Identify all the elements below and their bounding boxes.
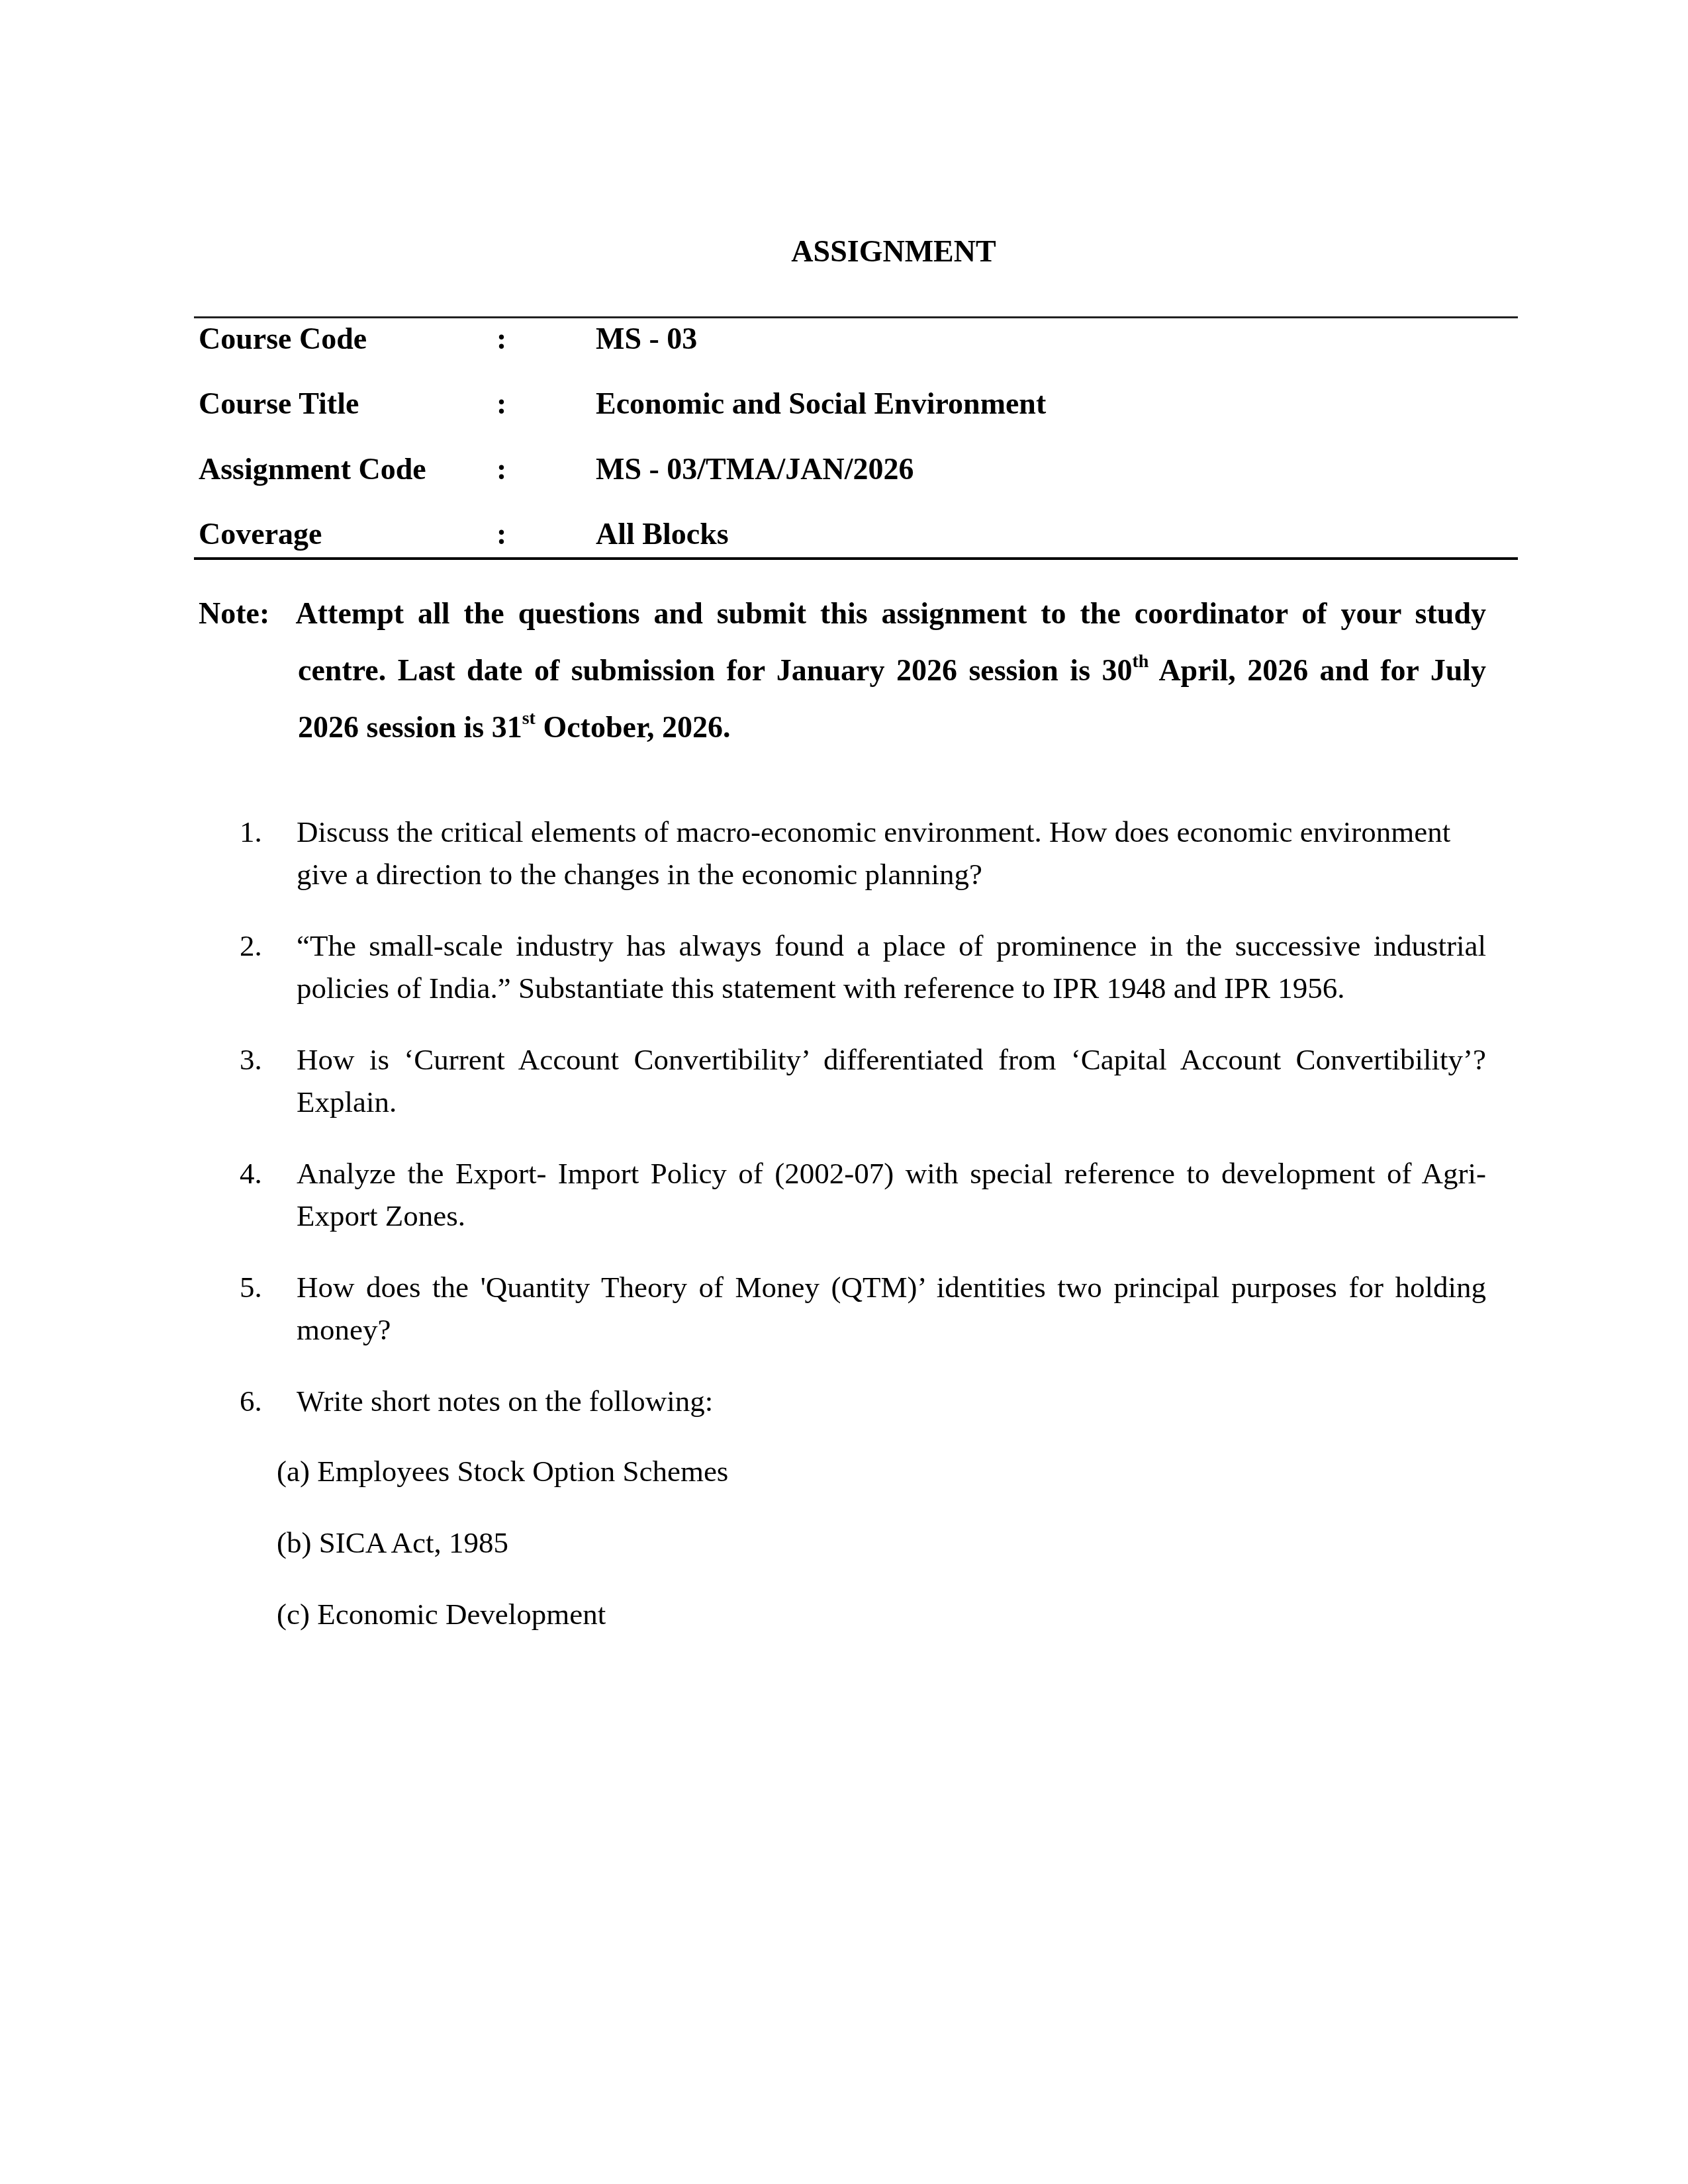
meta-separator: : — [496, 319, 506, 359]
note-prefix: Note: — [199, 596, 269, 630]
question-number: 1. — [240, 811, 262, 853]
question-number: 5. — [240, 1266, 262, 1308]
meta-separator: : — [496, 514, 506, 554]
question-text: Analyze the Export- Import Policy of (20… — [297, 1152, 1486, 1237]
question-text: Write short notes on the following: — [297, 1380, 1486, 1422]
question-text: “The small-scale industry has always fou… — [297, 925, 1486, 1009]
submission-note: Note: Attempt all the questions and subm… — [199, 585, 1486, 756]
meta-value: MS - 03 — [596, 319, 697, 359]
question-number: 3. — [240, 1038, 262, 1081]
note-text: October, 2026. — [536, 710, 731, 744]
meta-label: Course Code — [199, 319, 367, 359]
meta-value: All Blocks — [596, 514, 729, 554]
question-item: 3. How is ‘Current Account Convertibilit… — [238, 1038, 1486, 1123]
note-superscript: th — [1133, 651, 1149, 672]
short-note-item: (a) Employees Stock Option Schemes — [238, 1450, 1486, 1492]
meta-value: Economic and Social Environment — [596, 384, 1046, 424]
page-title: ASSIGNMENT — [0, 232, 1688, 271]
meta-label: Course Title — [199, 384, 359, 424]
meta-separator: : — [496, 384, 506, 424]
short-note-item: (c) Economic Development — [238, 1593, 1486, 1635]
short-note-item: (b) SICA Act, 1985 — [238, 1522, 1486, 1564]
short-notes-list: (a) Employees Stock Option Schemes (b) S… — [238, 1450, 1486, 1635]
question-item: 1. Discuss the critical elements of macr… — [238, 811, 1486, 895]
note-superscript: st — [522, 708, 536, 729]
question-text: Discuss the critical elements of macro-e… — [297, 811, 1486, 895]
short-note-text: Economic Development — [317, 1598, 606, 1631]
short-note-label: (b) — [277, 1526, 311, 1559]
question-item: 5. How does the 'Quantity Theory of Mone… — [238, 1266, 1486, 1351]
question-list: 1. Discuss the critical elements of macr… — [238, 811, 1486, 1664]
question-number: 2. — [240, 925, 262, 967]
question-item: 2. “The small-scale industry has always … — [238, 925, 1486, 1009]
question-number: 4. — [240, 1152, 262, 1195]
header-top-rule — [194, 316, 1518, 318]
meta-value: MS - 03/TMA/JAN/2026 — [596, 449, 914, 489]
question-item: 4. Analyze the Export- Import Policy of … — [238, 1152, 1486, 1237]
meta-label: Assignment Code — [199, 449, 426, 489]
meta-separator: : — [496, 449, 506, 489]
meta-label: Coverage — [199, 514, 322, 554]
short-note-label: (a) — [277, 1455, 310, 1488]
short-note-text: Employees Stock Option Schemes — [317, 1455, 728, 1488]
question-number: 6. — [240, 1380, 262, 1422]
header-bottom-rule — [194, 557, 1518, 560]
short-note-text: SICA Act, 1985 — [319, 1526, 508, 1559]
question-text: How does the 'Quantity Theory of Money (… — [297, 1266, 1486, 1351]
question-item: 6. Write short notes on the following: — [238, 1380, 1486, 1422]
question-text: How is ‘Current Account Convertibility’ … — [297, 1038, 1486, 1123]
short-note-label: (c) — [277, 1598, 310, 1631]
